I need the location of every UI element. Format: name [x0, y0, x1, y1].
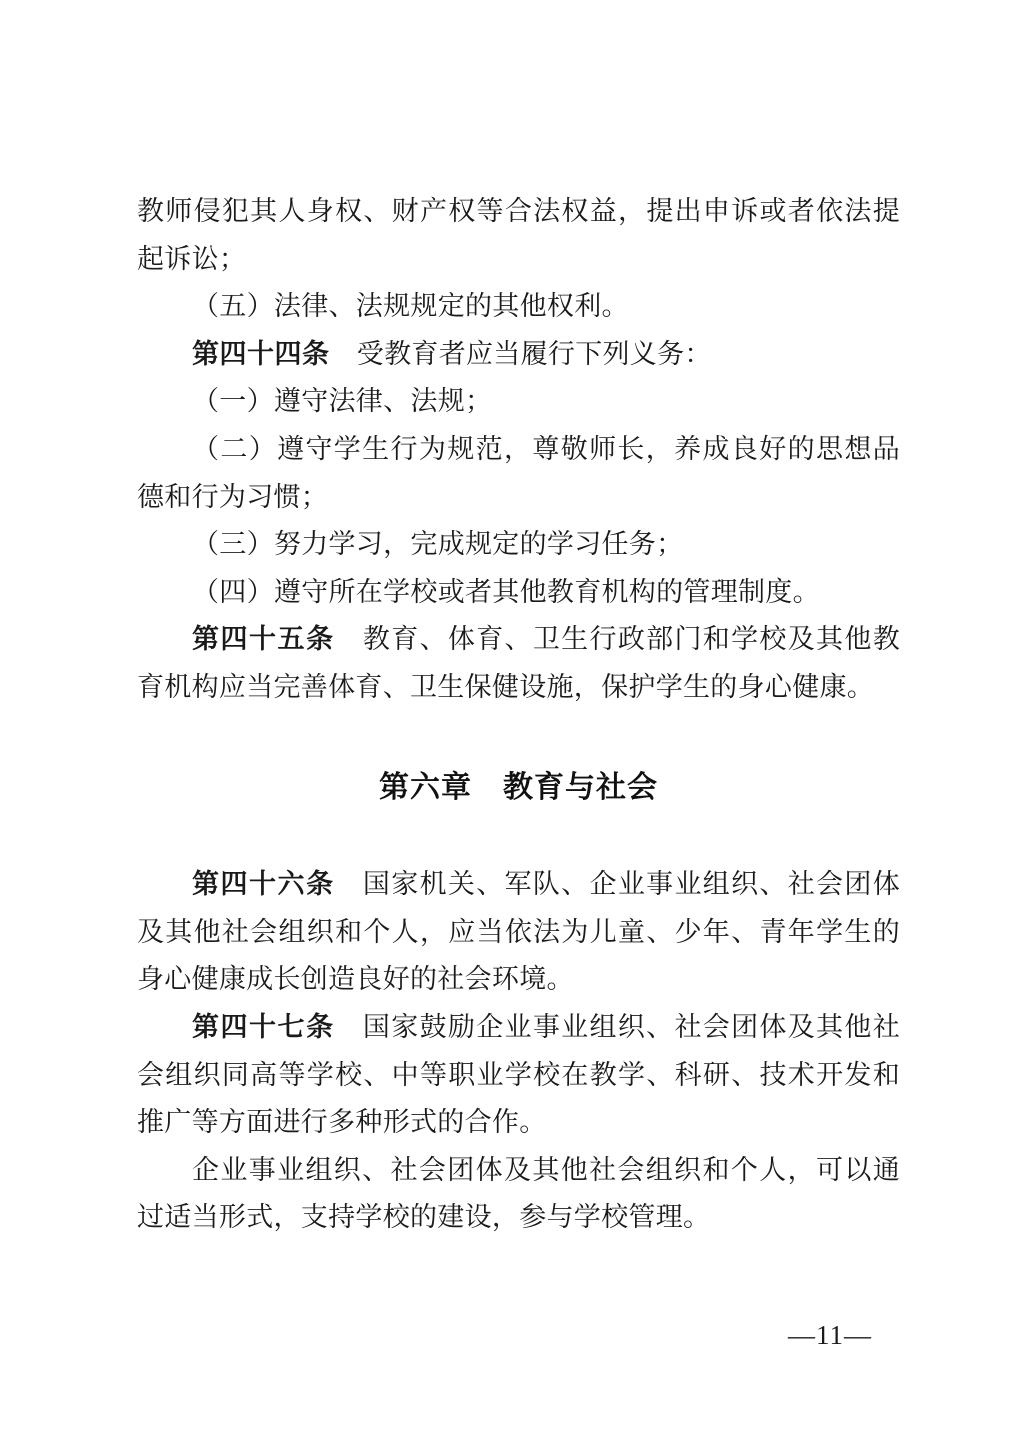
page-number: —11—	[788, 1320, 872, 1351]
article-47-label: 第四十七条	[192, 1012, 335, 1042]
item-5-paragraph: （五）法律、法规规定的其他权利。	[137, 283, 900, 331]
article-45-label: 第四十五条	[192, 624, 335, 654]
item-1-paragraph: （一）遵守法律、法规；	[137, 378, 900, 426]
chapter-6-heading: 第六章 教育与社会	[137, 764, 900, 812]
item-4-paragraph: （四）遵守所在学校或者其他教育机构的管理制度。	[137, 569, 900, 617]
paragraph-text: 教师侵犯其人身权、财产权等合法权益，提出申诉或者依法提起诉讼；	[137, 196, 900, 274]
document-body: 教师侵犯其人身权、财产权等合法权益，提出申诉或者依法提起诉讼； （五）法律、法规…	[137, 188, 900, 1242]
closing-paragraph: 企业事业组织、社会团体及其他社会组织和个人，可以通过适当形式，支持学校的建设，参…	[137, 1147, 900, 1242]
paragraph-text: （三）努力学习，完成规定的学习任务；	[192, 529, 683, 559]
paragraph-text: 企业事业组织、社会团体及其他社会组织和个人，可以通过适当形式，支持学校的建设，参…	[137, 1155, 900, 1233]
article-46-label: 第四十六条	[192, 869, 335, 899]
paragraph-text: （五）法律、法规规定的其他权利。	[192, 291, 629, 321]
paragraph-text: （一）遵守法律、法规；	[192, 386, 492, 416]
paragraph-text: 受教育者应当履行下列义务：	[330, 339, 712, 369]
paragraph-text: （四）遵守所在学校或者其他教育机构的管理制度。	[192, 577, 820, 607]
paragraph-text: （二）遵守学生行为规范，尊敬师长，养成良好的思想品德和行为习惯；	[137, 434, 900, 512]
item-3-paragraph: （三）努力学习，完成规定的学习任务；	[137, 521, 900, 569]
article-46-paragraph: 第四十六条 国家机关、军队、企业事业组织、社会团体及其他社会组织和个人，应当依法…	[137, 861, 900, 1004]
article-44-label: 第四十四条	[192, 339, 330, 369]
item-2-paragraph: （二）遵守学生行为规范，尊敬师长，养成良好的思想品德和行为习惯；	[137, 426, 900, 521]
document-page: 教师侵犯其人身权、财产权等合法权益，提出申诉或者依法提起诉讼； （五）法律、法规…	[0, 0, 1024, 1450]
continuation-paragraph: 教师侵犯其人身权、财产权等合法权益，提出申诉或者依法提起诉讼；	[137, 188, 900, 283]
article-44-paragraph: 第四十四条 受教育者应当履行下列义务：	[137, 331, 900, 379]
article-47-paragraph: 第四十七条 国家鼓励企业事业组织、社会团体及其他社会组织同高等学校、中等职业学校…	[137, 1004, 900, 1147]
article-45-paragraph: 第四十五条 教育、体育、卫生行政部门和学校及其他教育机构应当完善体育、卫生保健设…	[137, 616, 900, 711]
